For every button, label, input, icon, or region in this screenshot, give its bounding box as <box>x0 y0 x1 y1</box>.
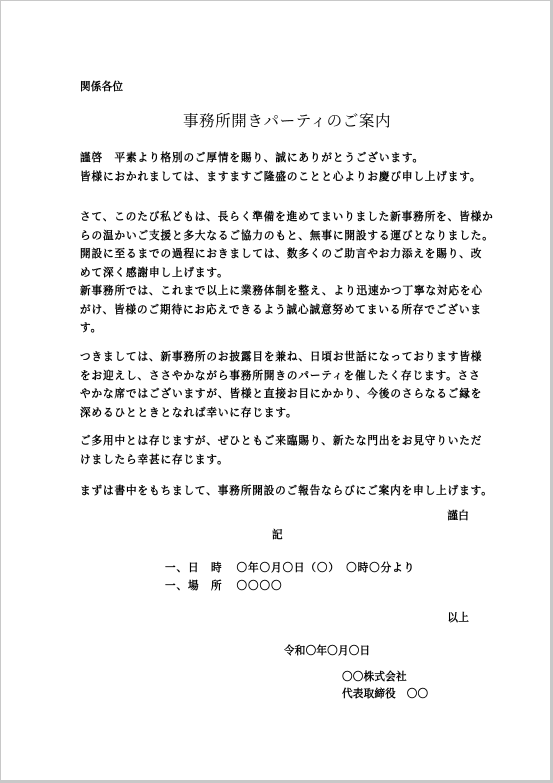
detail-datetime: 一、日 時〇年〇月〇日（〇） 〇時〇分より <box>165 562 415 574</box>
addressee: 関係各位 <box>80 81 123 93</box>
text-line: ご多用中とは存じますが、ぜひともご来臨賜り、新たな門出をお見守りいただ <box>80 435 480 454</box>
ijou-end-mark: 以上 <box>447 612 469 624</box>
text-line: 皆様におかれましては、ますますご隆盛のことと心よりお慶び申し上げます。 <box>80 171 480 190</box>
text-line: す。 <box>80 322 480 341</box>
paragraph-closing-remark: まずは書中をもちまして、事務所開設のご報告ならびにご案内を申し上げます。 <box>80 485 480 504</box>
ki-heading: 記 <box>272 529 284 541</box>
paragraph-request: ご多用中とは存じますが、ぜひともご来臨賜り、新たな門出をお見守りいただ けました… <box>80 435 480 472</box>
representative-name: 代表取締役 〇〇 <box>342 688 428 700</box>
text-line: らの温かいご支援と多大なるご協力のもと、無事に開設する運びとなりました。 <box>80 230 480 249</box>
text-line: 深めるひとときとなれば幸いに存じます。 <box>80 407 480 426</box>
text-line: 開設に至るまでの過程におきましては、数多くのご助言やお力添えを賜り、改 <box>80 248 480 267</box>
text-line: けましたら幸甚に存じます。 <box>80 454 480 473</box>
detail-value: 〇〇〇〇 <box>236 580 282 592</box>
text-line: さて、このたび私どもは、長らく準備を進めてまいりました新事務所を、皆様か <box>80 211 480 230</box>
closing-keihaku: 謹白 <box>447 510 469 522</box>
text-line: 新事務所では、これまで以上に業務体制を整え、より迅速かつ丁寧な対応を心 <box>80 285 480 304</box>
text-line: まずは書中をもちまして、事務所開設のご報告ならびにご案内を申し上げます。 <box>80 485 480 504</box>
paragraph-greeting: 謹啓 平素より格別のご厚情を賜り、誠にありがとうございます。 皆様におかれまして… <box>80 152 480 189</box>
paragraph-announcement: さて、このたび私どもは、長らく準備を進めてまいりました新事務所を、皆様か らの温… <box>80 211 480 285</box>
detail-label: 一、場 所 <box>165 580 222 592</box>
paragraph-invitation: つきましては、新事務所のお披露目を兼ね、日頃お世話になっております皆様 をお迎え… <box>80 351 480 425</box>
detail-value: 〇年〇月〇日（〇） 〇時〇分より <box>236 562 415 574</box>
document-page: 関係各位 事務所開きパーティのご案内 謹啓 平素より格別のご厚情を賜り、誠にあり… <box>0 0 553 783</box>
text-line: つきましては、新事務所のお披露目を兼ね、日頃お世話になっております皆様 <box>80 351 480 370</box>
company-name: 〇〇株式会社 <box>342 671 407 683</box>
document-title: 事務所開きパーティのご案内 <box>183 112 391 130</box>
text-line: めて深く感謝申し上げます。 <box>80 267 480 286</box>
text-line: がけ、皆様のご期待にお応えできるよう誠心誠意努めてまいる所存でございま <box>80 304 480 323</box>
text-line: をお迎えし、ささやかながら事務所開きのパーティを催したく存じます。ささ <box>80 370 480 389</box>
paragraph-commitment: 新事務所では、これまで以上に業務体制を整え、より迅速かつ丁寧な対応を心 がけ、皆… <box>80 285 480 341</box>
text-line: 謹啓 平素より格別のご厚情を賜り、誠にありがとうございます。 <box>80 152 480 171</box>
document-date: 令和〇年〇月〇日 <box>284 645 370 657</box>
detail-location: 一、場 所〇〇〇〇 <box>165 580 282 592</box>
text-line: やかな席ではございますが、皆様と直接お目にかかり、今後のさらなるご縁を <box>80 388 480 407</box>
detail-label: 一、日 時 <box>165 562 222 574</box>
